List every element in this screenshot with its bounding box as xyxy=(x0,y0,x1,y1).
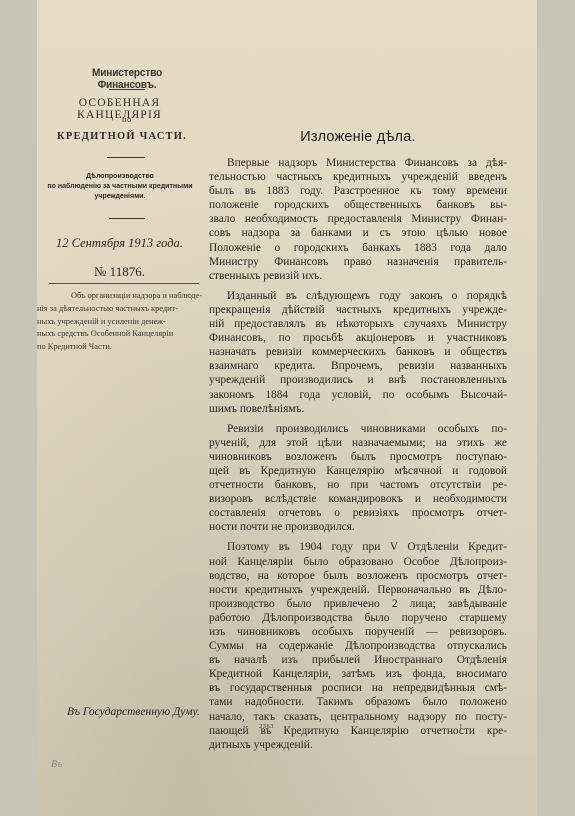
text-line: Положеніе о городскихъ банкахъ 1883 года… xyxy=(209,241,507,255)
text-line: прекращенія дѣйствій частныхъ кредитныхъ… xyxy=(209,303,507,317)
document-number: № 11876. xyxy=(37,264,202,280)
text-line: Финансовъ, по просьбѣ акціонеровъ и учас… xyxy=(209,331,507,345)
text-line: звало необходимость предоставленія Минис… xyxy=(209,212,507,226)
text-line: учрежденій производились и внѣ постановл… xyxy=(209,373,507,387)
margin-mark: Въ xyxy=(51,759,62,770)
text-line: ственныхъ ревизій ихъ. xyxy=(209,269,507,283)
document-page: Министерство Финансовъ. ОСОБЕННАЯ КАНЦЕЛ… xyxy=(37,0,537,816)
text-line: положеніе городскихъ общественныхъ банко… xyxy=(209,198,507,212)
text-line: Поэтому въ 1904 году при V Отдѣленіи Кре… xyxy=(209,540,507,554)
text-line: Министру Финансовъ право назначенія прав… xyxy=(209,255,507,269)
text-line: отчетности банковъ, но при частомъ отсут… xyxy=(209,478,507,492)
text-line: Суммы на содержаніе Дѣлопроизводства отп… xyxy=(209,639,507,653)
page-number: 1 xyxy=(459,723,463,731)
text-line: рученій, для этой цѣли назначаемыми; на … xyxy=(209,436,507,450)
text-line: чиновниковъ возложенъ былъ просмотръ пос… xyxy=(209,450,507,464)
text-line: визоровъ вслѣдствіе командировокъ и необ… xyxy=(209,492,507,506)
text-line: Кредитной Канцеляріи, затѣмъ изъ фонда, … xyxy=(209,667,507,681)
text-line: взаимнаго кредита. Впрочемъ, ревизіи наз… xyxy=(209,359,507,373)
divider xyxy=(107,157,145,158)
paragraph: Изданный въ слѣдующемъ году законъ о пор… xyxy=(209,289,507,416)
desk-heading-line: учрежденіями. xyxy=(45,192,195,202)
desk-heading-line: по наблюденію за частными кредитными xyxy=(45,182,195,192)
text-line: ній предоставлялъ въ нѣкоторыхъ случаяхъ… xyxy=(209,317,507,331)
text-line: Изданный въ слѣдующемъ году законъ о пор… xyxy=(209,289,507,303)
text-line: изъ чиновниковъ особыхъ порученій — реви… xyxy=(209,625,507,639)
paragraph: Ревизіи производились чиновниками особых… xyxy=(209,422,507,535)
section-title: Изложеніе дѣла. xyxy=(209,129,507,145)
text-line: тами надобности. Такимъ образомъ было по… xyxy=(209,695,507,709)
text-line: назначать ревизіи коммерческихъ банковъ … xyxy=(209,345,507,359)
body-text: Впервые надзоръ Министерства Финансовъ з… xyxy=(209,156,507,758)
ministry-heading: Министерство Финансовъ. xyxy=(67,67,187,91)
desk-heading-line: Дѣлопроизводство xyxy=(45,172,195,182)
subject-line: ныхъ учрежденій и усиленіи денеж- xyxy=(37,316,207,329)
text-line: ной Канцеляріи было образовано Особое Дѣ… xyxy=(209,555,507,569)
divider xyxy=(49,283,199,284)
text-line: тельностью частныхъ кредитныхъ учреждені… xyxy=(209,170,507,184)
text-line: былъ въ 1883 году. Разстроенное къ тому … xyxy=(209,184,507,198)
text-line: дитныхъ учрежденій. xyxy=(209,738,507,752)
text-line: совъ надзора за банками и съ этою цѣлью … xyxy=(209,226,507,240)
addressee: Въ Государственную Думу. xyxy=(67,706,207,718)
paragraph: Поэтому въ 1904 году при V Отдѣленіи Кре… xyxy=(209,540,507,751)
text-line: въ началѣ изъ прибылей Иностраннаго Отдѣ… xyxy=(209,653,507,667)
text-line: Впервые надзоръ Министерства Финансовъ з… xyxy=(209,156,507,170)
text-line: начало, такъ сказать, центральному надзо… xyxy=(209,710,507,724)
subject-line: по Кредитной Части. xyxy=(37,341,207,354)
text-line: ности почти не производился. xyxy=(209,520,507,534)
print-code: 2363 xyxy=(259,723,274,730)
desk-heading: Дѣлопроизводство по наблюденію за частны… xyxy=(45,172,195,202)
paragraph: Впервые надзоръ Министерства Финансовъ з… xyxy=(209,156,507,283)
text-line: Ревизіи производились чиновниками особых… xyxy=(209,422,507,436)
text-line: въ государственныя росписи на непредвидѣ… xyxy=(209,681,507,695)
text-line: работою Дѣлопроизводства было поручено с… xyxy=(209,611,507,625)
text-line: щей въ Кредитную Канцелярію мѣсячной и г… xyxy=(209,464,507,478)
text-line: производство было привлечено 2 лица; зав… xyxy=(209,597,507,611)
text-line: шимъ повелѣніямъ. xyxy=(209,402,507,416)
text-line: закономъ 1884 года условій, по особымъ В… xyxy=(209,388,507,402)
text-line: водство, на которое былъ возложенъ просм… xyxy=(209,569,507,583)
divider xyxy=(109,89,145,90)
subject-summary: Объ организаціи надзора и наблюде- нія з… xyxy=(37,290,207,354)
text-line: составленія отчетовъ о ревизіяхъ просмот… xyxy=(209,506,507,520)
text-line: ности кредитныхъ учрежденій. Первоначаль… xyxy=(209,583,507,597)
office-heading-department: КРЕДИТНОЙ ЧАСТИ. xyxy=(47,131,197,142)
subject-line: нія за дѣятельностью частныхъ кредит- xyxy=(37,303,207,316)
document-date: 12 Сентября 1913 года. xyxy=(37,236,202,251)
office-heading-connector: по xyxy=(62,115,192,124)
subject-line: Объ организаціи надзора и наблюде- xyxy=(37,290,207,303)
subject-line: ныхъ средствъ Особенной Канцеляріи xyxy=(37,328,207,341)
divider xyxy=(109,218,145,219)
